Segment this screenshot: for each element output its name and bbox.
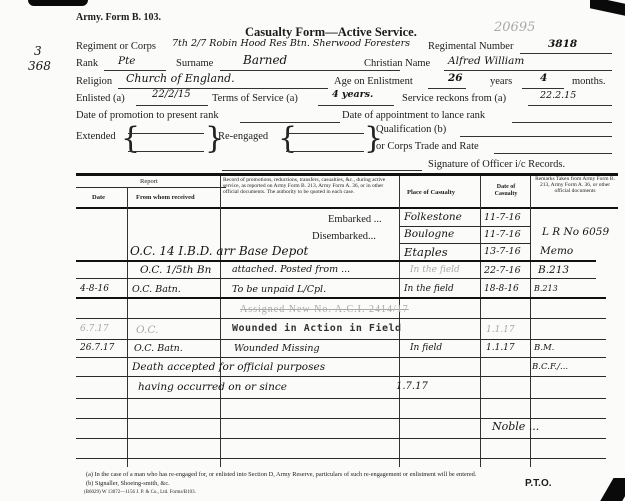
row-4-record: To be unpaid L/Cpl. bbox=[232, 284, 326, 295]
age-months-line bbox=[522, 88, 564, 89]
age-years-line bbox=[428, 88, 466, 89]
row-line bbox=[76, 260, 596, 262]
regimental-number-value: 3818 bbox=[548, 38, 577, 50]
regiment-label: Regiment or Corps bbox=[76, 41, 156, 52]
reckons-label: Service reckons from (a) bbox=[402, 93, 506, 104]
footnote-a: (a) In the case of a man who has re-enga… bbox=[86, 471, 476, 478]
row-0-place: Folkestone bbox=[404, 211, 462, 223]
row-4-date: 4-8-16 bbox=[80, 284, 109, 294]
col-divider-date bbox=[127, 187, 128, 467]
header-from-whom: From whom received bbox=[136, 194, 195, 201]
surname-label: Surname bbox=[176, 58, 213, 69]
enlisted-label: Enlisted (a) bbox=[76, 93, 125, 104]
row-line bbox=[76, 297, 606, 299]
qualification-label: Qualification (b) bbox=[376, 124, 446, 135]
qualification-line bbox=[460, 136, 612, 137]
reengaged-line-1 bbox=[286, 133, 364, 134]
row-2-date-casualty: 13-7-16 bbox=[484, 246, 521, 257]
header-place: Place of Casualty bbox=[407, 189, 455, 196]
signature-label: Signature of Officer i/c Records. bbox=[428, 159, 565, 170]
row-10-signature: Noble ... bbox=[492, 420, 539, 433]
regiment-value: 7th 2/7 Robin Hood Res Btn. Sherwood For… bbox=[172, 38, 410, 49]
row-7-date: 26.7.17 bbox=[80, 343, 114, 353]
row-7-remarks: B.M. bbox=[534, 343, 554, 353]
months-label: months. bbox=[572, 76, 606, 87]
row-line bbox=[399, 226, 531, 227]
col-divider-place bbox=[480, 176, 481, 467]
surname-value: Barned bbox=[243, 53, 287, 67]
row-6-date: 6.7.17 bbox=[80, 324, 109, 334]
row-3-date-casualty: 22-7-16 bbox=[484, 265, 521, 276]
reengaged-brace-open: { bbox=[278, 124, 297, 154]
age-years-value: 26 bbox=[448, 72, 463, 84]
scan-shadow-top-right bbox=[590, 0, 625, 16]
reckons-line bbox=[528, 105, 612, 106]
surname-line bbox=[220, 70, 400, 71]
regimental-number-label: Regimental Number bbox=[428, 41, 513, 52]
extended-line-2 bbox=[128, 151, 204, 152]
stamp-number: 20695 bbox=[494, 20, 535, 35]
row-3-place: In the field bbox=[410, 265, 460, 275]
row-4-date-casualty: 18-8-16 bbox=[484, 284, 519, 294]
header-bottom-border bbox=[76, 207, 618, 209]
footnote-b: (b) Signaller, Shoeing-smith, &c. bbox=[86, 480, 170, 487]
row-1-place: Boulogne bbox=[404, 228, 454, 240]
row-0-date-casualty: 11-7-16 bbox=[484, 212, 521, 223]
age-months-value: 4 bbox=[540, 72, 547, 84]
form-number: Army. Form B. 103. bbox=[76, 12, 161, 23]
row-2-remarks: Memo bbox=[540, 245, 573, 257]
row-2-record: O.C. 14 I.B.D. arr Base Depot bbox=[130, 244, 308, 258]
extended-line-1 bbox=[128, 133, 204, 134]
rank-value: Pte bbox=[118, 55, 136, 67]
extended-brace-open: { bbox=[121, 124, 140, 154]
row-line bbox=[76, 278, 596, 279]
row-3-from: O.C. 1/5th Bn bbox=[140, 264, 211, 276]
scan-shadow-top-left bbox=[28, 0, 88, 6]
reengaged-label: Re-engaged bbox=[218, 131, 268, 142]
christian-name-value: Alfred William bbox=[448, 55, 524, 67]
row-line bbox=[76, 318, 606, 319]
row-9-record: having occurred on or since bbox=[138, 381, 287, 393]
row-line bbox=[76, 438, 606, 439]
header-record: Record of promotions, reductions, transf… bbox=[223, 177, 397, 195]
enlisted-value: 22/2/15 bbox=[152, 89, 191, 100]
row-8-remarks: B.C.F./... bbox=[532, 362, 568, 372]
religion-value: Church of England. bbox=[126, 72, 235, 85]
pto-label: P.T.O. bbox=[525, 478, 552, 489]
christian-name-line bbox=[444, 70, 612, 71]
row-8-record: Death accepted for official purposes bbox=[132, 361, 325, 373]
margin-note-2: 368 bbox=[28, 59, 51, 73]
header-date-casualty: Date of Casualty bbox=[486, 184, 526, 197]
row-line bbox=[76, 398, 606, 399]
row-4-from: O.C. Batn. bbox=[132, 284, 181, 295]
promotion-label: Date of promotion to present rank bbox=[76, 110, 219, 121]
rank-label: Rank bbox=[76, 58, 98, 69]
row-0-record: Embarked ... bbox=[328, 214, 382, 225]
row-3-record: attached. Posted from ... bbox=[232, 264, 350, 275]
scan-shadow-bottom-right bbox=[598, 478, 625, 501]
row-1-remarks: L R No 6059 bbox=[542, 226, 609, 238]
col-divider-from bbox=[220, 176, 221, 467]
row-line bbox=[76, 357, 606, 358]
row-5-record: Assigned New No. A.C.I. 2414/17 bbox=[240, 304, 409, 315]
col-divider-record bbox=[399, 176, 400, 467]
lance-rank-line bbox=[512, 122, 612, 123]
row-6-record: Wounded in Action in Field bbox=[232, 323, 402, 334]
row-line bbox=[399, 243, 531, 244]
reengaged-line-2 bbox=[286, 151, 364, 152]
enlisted-line bbox=[136, 105, 208, 106]
row-7-place: In field bbox=[410, 343, 442, 353]
row-1-record: Disembarked... bbox=[312, 231, 376, 242]
regimental-number-line bbox=[520, 53, 612, 54]
row-7-from: O.C. Batn. bbox=[134, 343, 183, 354]
row-4-remarks: B.213 bbox=[534, 284, 558, 293]
header-remarks: Remarks Taken from Army Form B. 213, Arm… bbox=[533, 176, 617, 194]
terms-line bbox=[318, 105, 394, 106]
row-6-from: O.C. bbox=[136, 324, 158, 336]
report-subheader-line bbox=[76, 187, 226, 188]
religion-label: Religion bbox=[76, 76, 112, 87]
header-date: Date bbox=[92, 194, 105, 201]
row-6-date-casualty: 1.1.17 bbox=[486, 325, 515, 335]
row-9-place: 1.7.17 bbox=[396, 381, 428, 392]
row-1-date-casualty: 11-7-16 bbox=[484, 229, 521, 240]
terms-label: Terms of Service (a) bbox=[212, 93, 298, 104]
lance-rank-label: Date of appointment to lance rank bbox=[342, 110, 485, 121]
rank-line bbox=[104, 70, 166, 71]
row-line bbox=[76, 339, 606, 340]
christian-name-label: Christian Name bbox=[364, 58, 430, 69]
religion-line bbox=[118, 88, 328, 89]
row-2-place: Etaples bbox=[404, 245, 448, 259]
row-7-date-casualty: 1.1.17 bbox=[486, 343, 515, 353]
margin-note-1: 3 bbox=[34, 44, 42, 58]
age-label: Age on Enlistment bbox=[334, 76, 413, 87]
print-info: (B6029) W 13072—1156 J. P. & Co., Ltd. F… bbox=[84, 490, 196, 495]
row-line bbox=[76, 458, 606, 459]
header-report: Report bbox=[140, 178, 158, 185]
extended-label: Extended bbox=[76, 131, 116, 142]
trade-label: or Corps Trade and Rate bbox=[376, 141, 479, 152]
reckons-value: 22.2.15 bbox=[540, 90, 576, 101]
terms-value: 4 years. bbox=[332, 89, 373, 100]
row-line bbox=[76, 418, 606, 419]
row-line bbox=[76, 376, 606, 377]
row-3-remarks: B.213 bbox=[538, 264, 569, 276]
signature-line bbox=[222, 170, 422, 171]
row-4-place: In the field bbox=[404, 284, 454, 294]
row-7-record: Wounded Missing bbox=[234, 343, 320, 354]
years-label: years bbox=[490, 76, 512, 87]
trade-line bbox=[494, 153, 612, 154]
